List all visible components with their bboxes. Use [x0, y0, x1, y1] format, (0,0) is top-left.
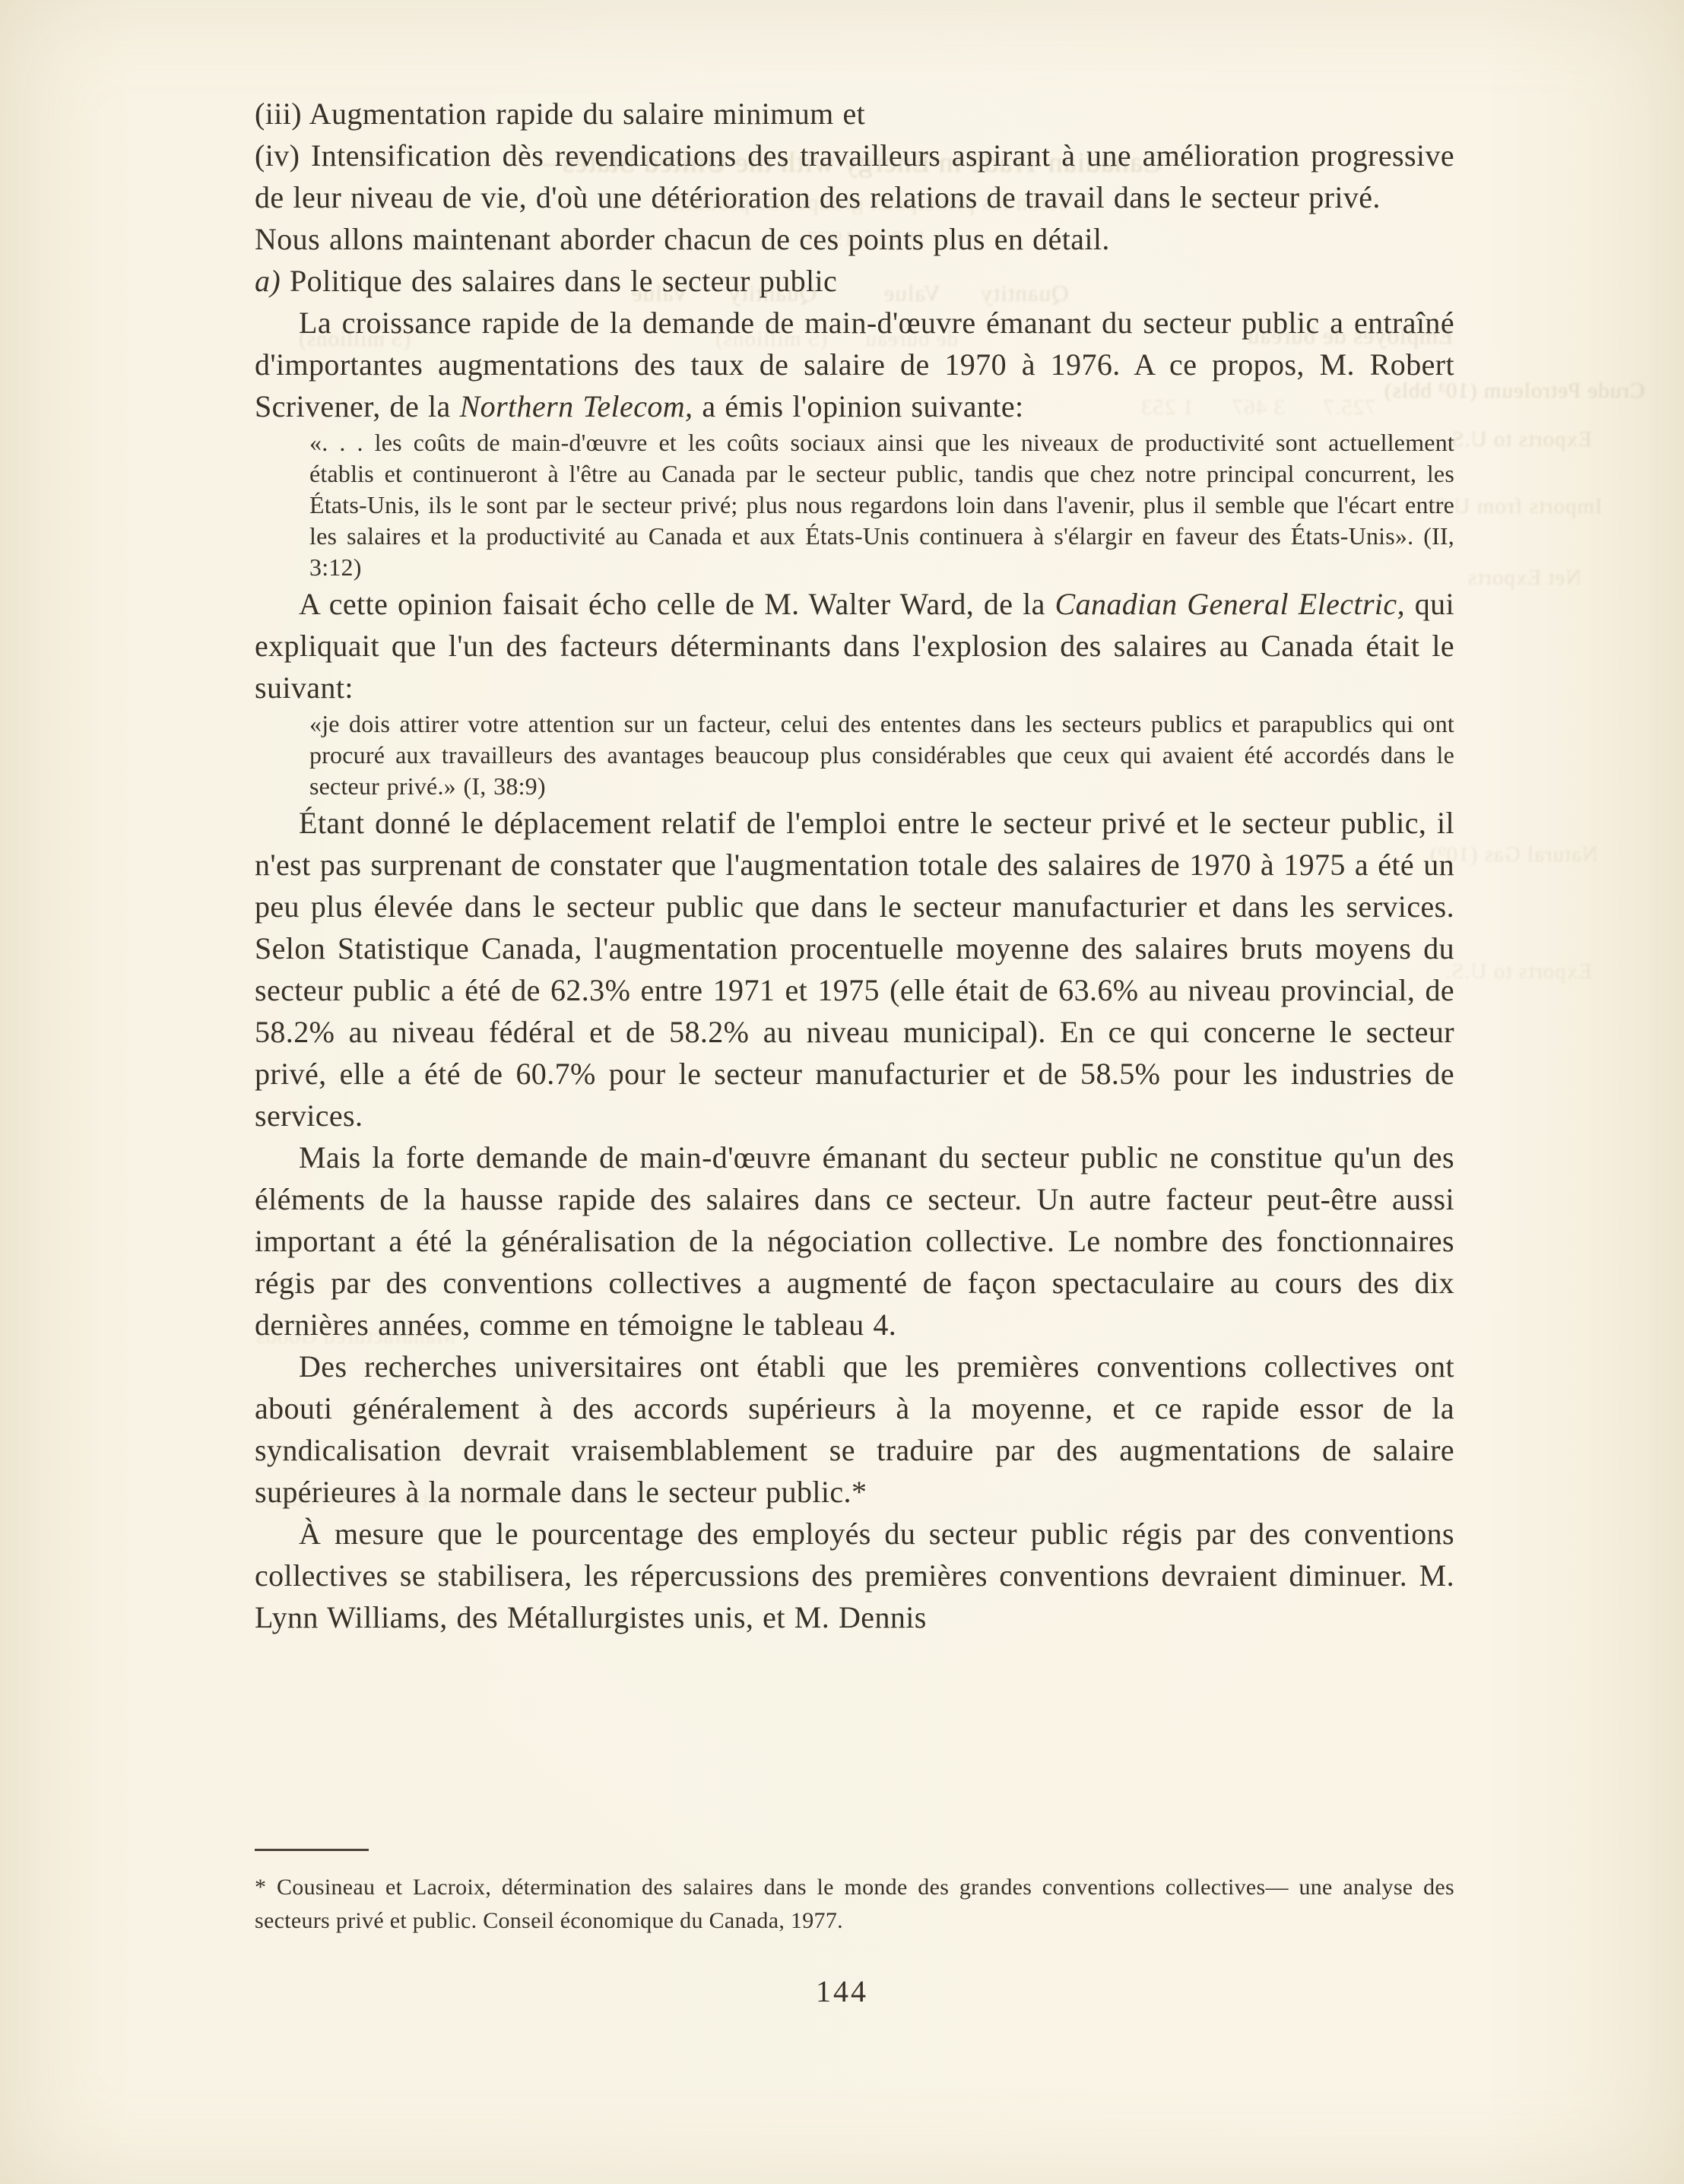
paragraph-etant-donne: Étant donné le déplacement relatif de l'…: [255, 802, 1454, 1136]
footnote-text: * Cousineau et Lacroix, détermination de…: [255, 1871, 1454, 1938]
footnote-rule: [255, 1849, 369, 1851]
section-title: Politique des salaires dans le secteur p…: [281, 264, 837, 298]
list-item-iv: (iv) Intensification dès revendications …: [255, 135, 1454, 218]
italic-canadian-general-electric: Canadian General Electric,: [1055, 587, 1405, 621]
scanned-document-page: Canadian Trade in Energy with the United…: [0, 0, 1684, 2184]
ghost-text: Exports to U.S.: [1445, 959, 1592, 984]
paragraph-recherches: Des recherches universitaires ont établi…: [255, 1346, 1454, 1513]
blockquote-scrivener: «. . . les coûts de main-d'œuvre et les …: [309, 427, 1454, 583]
section-marker: a): [255, 264, 281, 298]
ghost-text: Exports to U.S.: [1445, 427, 1592, 452]
list-item-iii: (iii) Augmentation rapide du salaire min…: [255, 93, 1454, 135]
paragraph-nous-allons: Nous allons maintenant aborder chacun de…: [255, 218, 1454, 260]
paragraph-mais-la-forte: Mais la forte demande de main-d'œuvre ém…: [255, 1136, 1454, 1346]
ghost-text: Net Exports: [1467, 566, 1581, 591]
ghost-text: Natural Gas (10⁹): [1429, 842, 1598, 867]
italic-northern-telecom: Northern Telecom,: [460, 389, 693, 423]
footnote-block: * Cousineau et Lacroix, détermination de…: [255, 1849, 1454, 1938]
section-heading-a: a) Politique des salaires dans le secteu…: [255, 260, 1454, 302]
paragraph-ward: A cette opinion faisait écho celle de M.…: [255, 583, 1454, 708]
page-body: (iii) Augmentation rapide du salaire min…: [255, 93, 1454, 1638]
blockquote-ward: «je dois attirer votre attention sur un …: [309, 708, 1454, 802]
paragraph-a-mesure: À mesure que le pourcentage des employés…: [255, 1513, 1454, 1638]
page-number: 144: [0, 1973, 1684, 2009]
paragraph-croissance: La croissance rapide de la demande de ma…: [255, 302, 1454, 427]
